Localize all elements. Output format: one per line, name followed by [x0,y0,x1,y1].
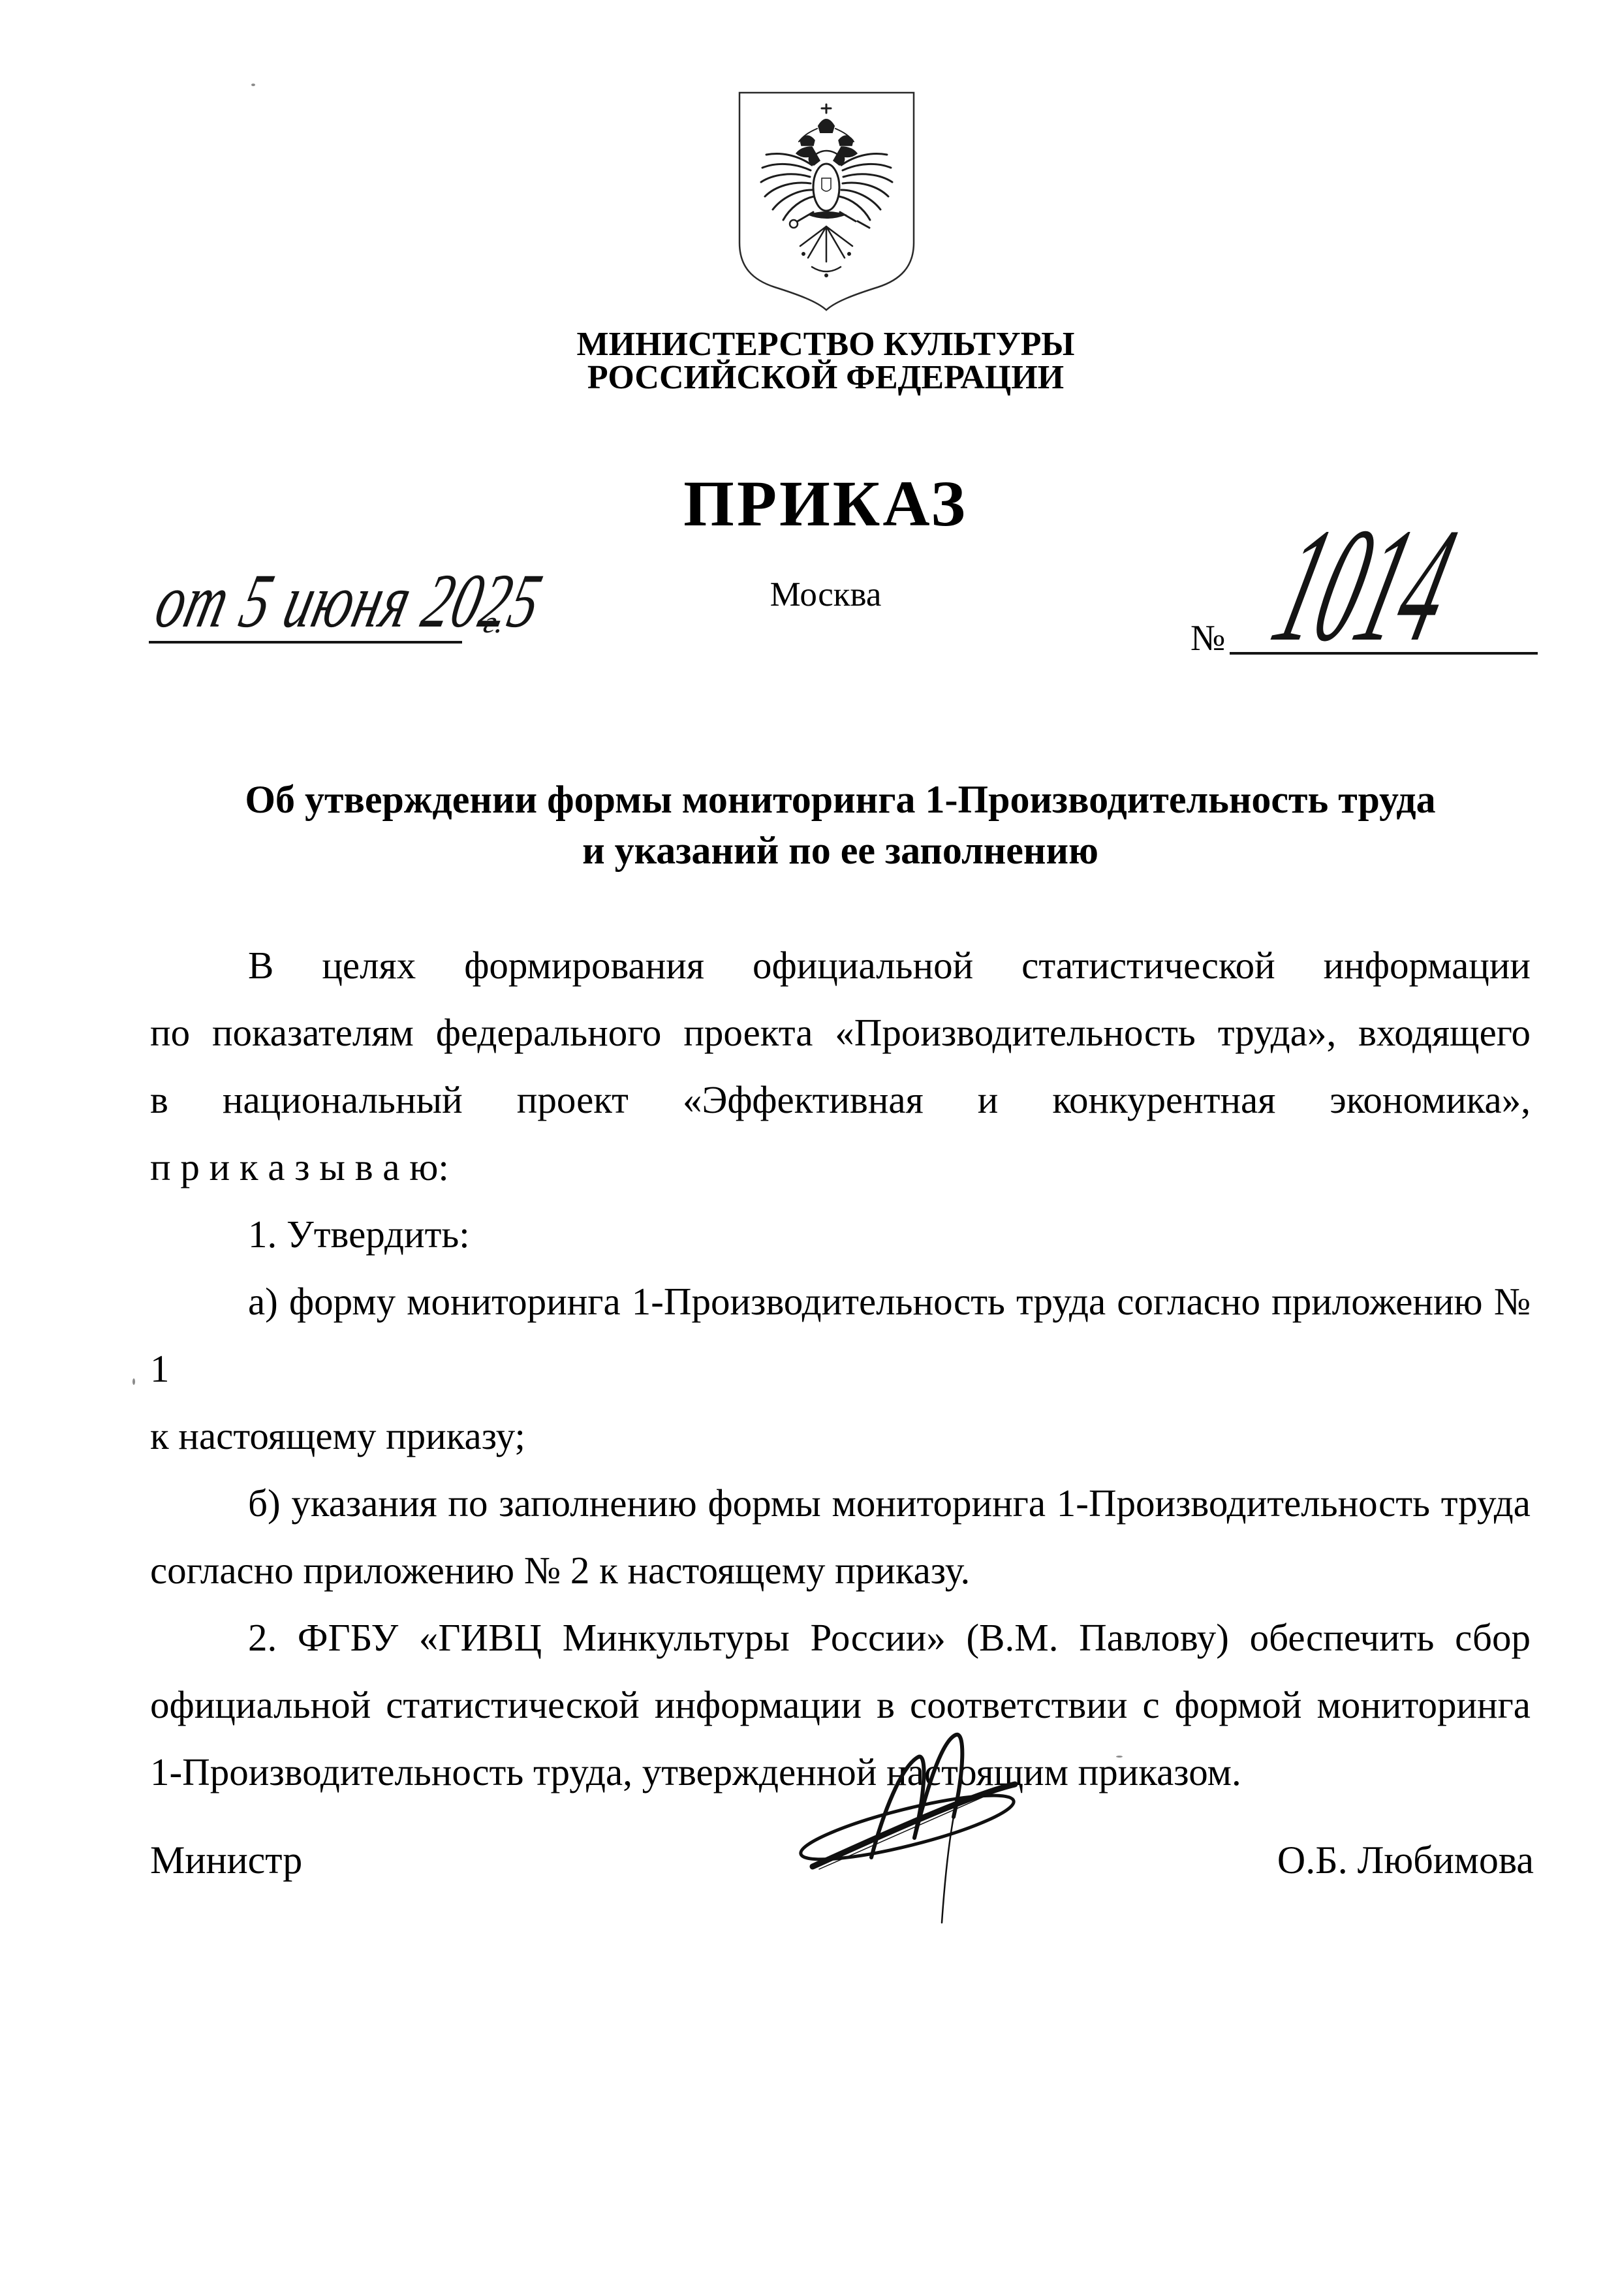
scan-speck [1116,1756,1123,1758]
body-line: 1. Утвердить: [150,1201,1531,1268]
order-title-line2: и указаний по ее заполнению [150,825,1531,876]
document-type-heading: ПРИКАЗ [173,471,1478,536]
scan-speck [132,1378,135,1385]
body-line: п р и к а з ы в а ю: [150,1134,1531,1201]
russian-coat-of-arms-icon [735,89,918,313]
signature-stroke-icon [773,1715,1054,1937]
signatory-name: О.Б. Любимова [1277,1840,1534,1880]
body-line: а) форму мониторинга 1-Производительност… [150,1268,1531,1403]
ministry-name-line1: МИНИСТЕРСТВО КУЛЬТУРЫ [173,328,1478,361]
signature-position: Министр [150,1840,302,1880]
order-body: В целях формирования официальной статист… [150,932,1531,1806]
order-title-line1: Об утверждении формы мониторинга 1-Произ… [150,774,1531,825]
body-line: В целях формирования официальной статист… [150,932,1531,999]
document-page: МИНИСТЕРСТВО КУЛЬТУРЫ РОССИЙСКОЙ ФЕДЕРАЦ… [0,0,1618,2296]
body-line: к настоящему приказу; [150,1403,1531,1470]
number-sign: № [1190,620,1225,657]
date-underline [149,641,462,644]
ministry-name-line2: РОССИЙСКОЙ ФЕДЕРАЦИИ [173,361,1478,394]
body-line: б) указания по заполнению формы монитори… [150,1470,1531,1537]
scan-speck [251,84,255,86]
body-line: согласно приложению № 2 к настоящему при… [150,1537,1531,1604]
order-title: Об утверждении формы мониторинга 1-Произ… [150,774,1531,876]
body-line: в национальный проект «Эффективная и кон… [150,1066,1531,1134]
body-line: 2. ФГБУ «ГИВЦ Минкультуры России» (В.М. … [150,1604,1531,1671]
body-line: по показателям федерального проекта «Про… [150,999,1531,1066]
